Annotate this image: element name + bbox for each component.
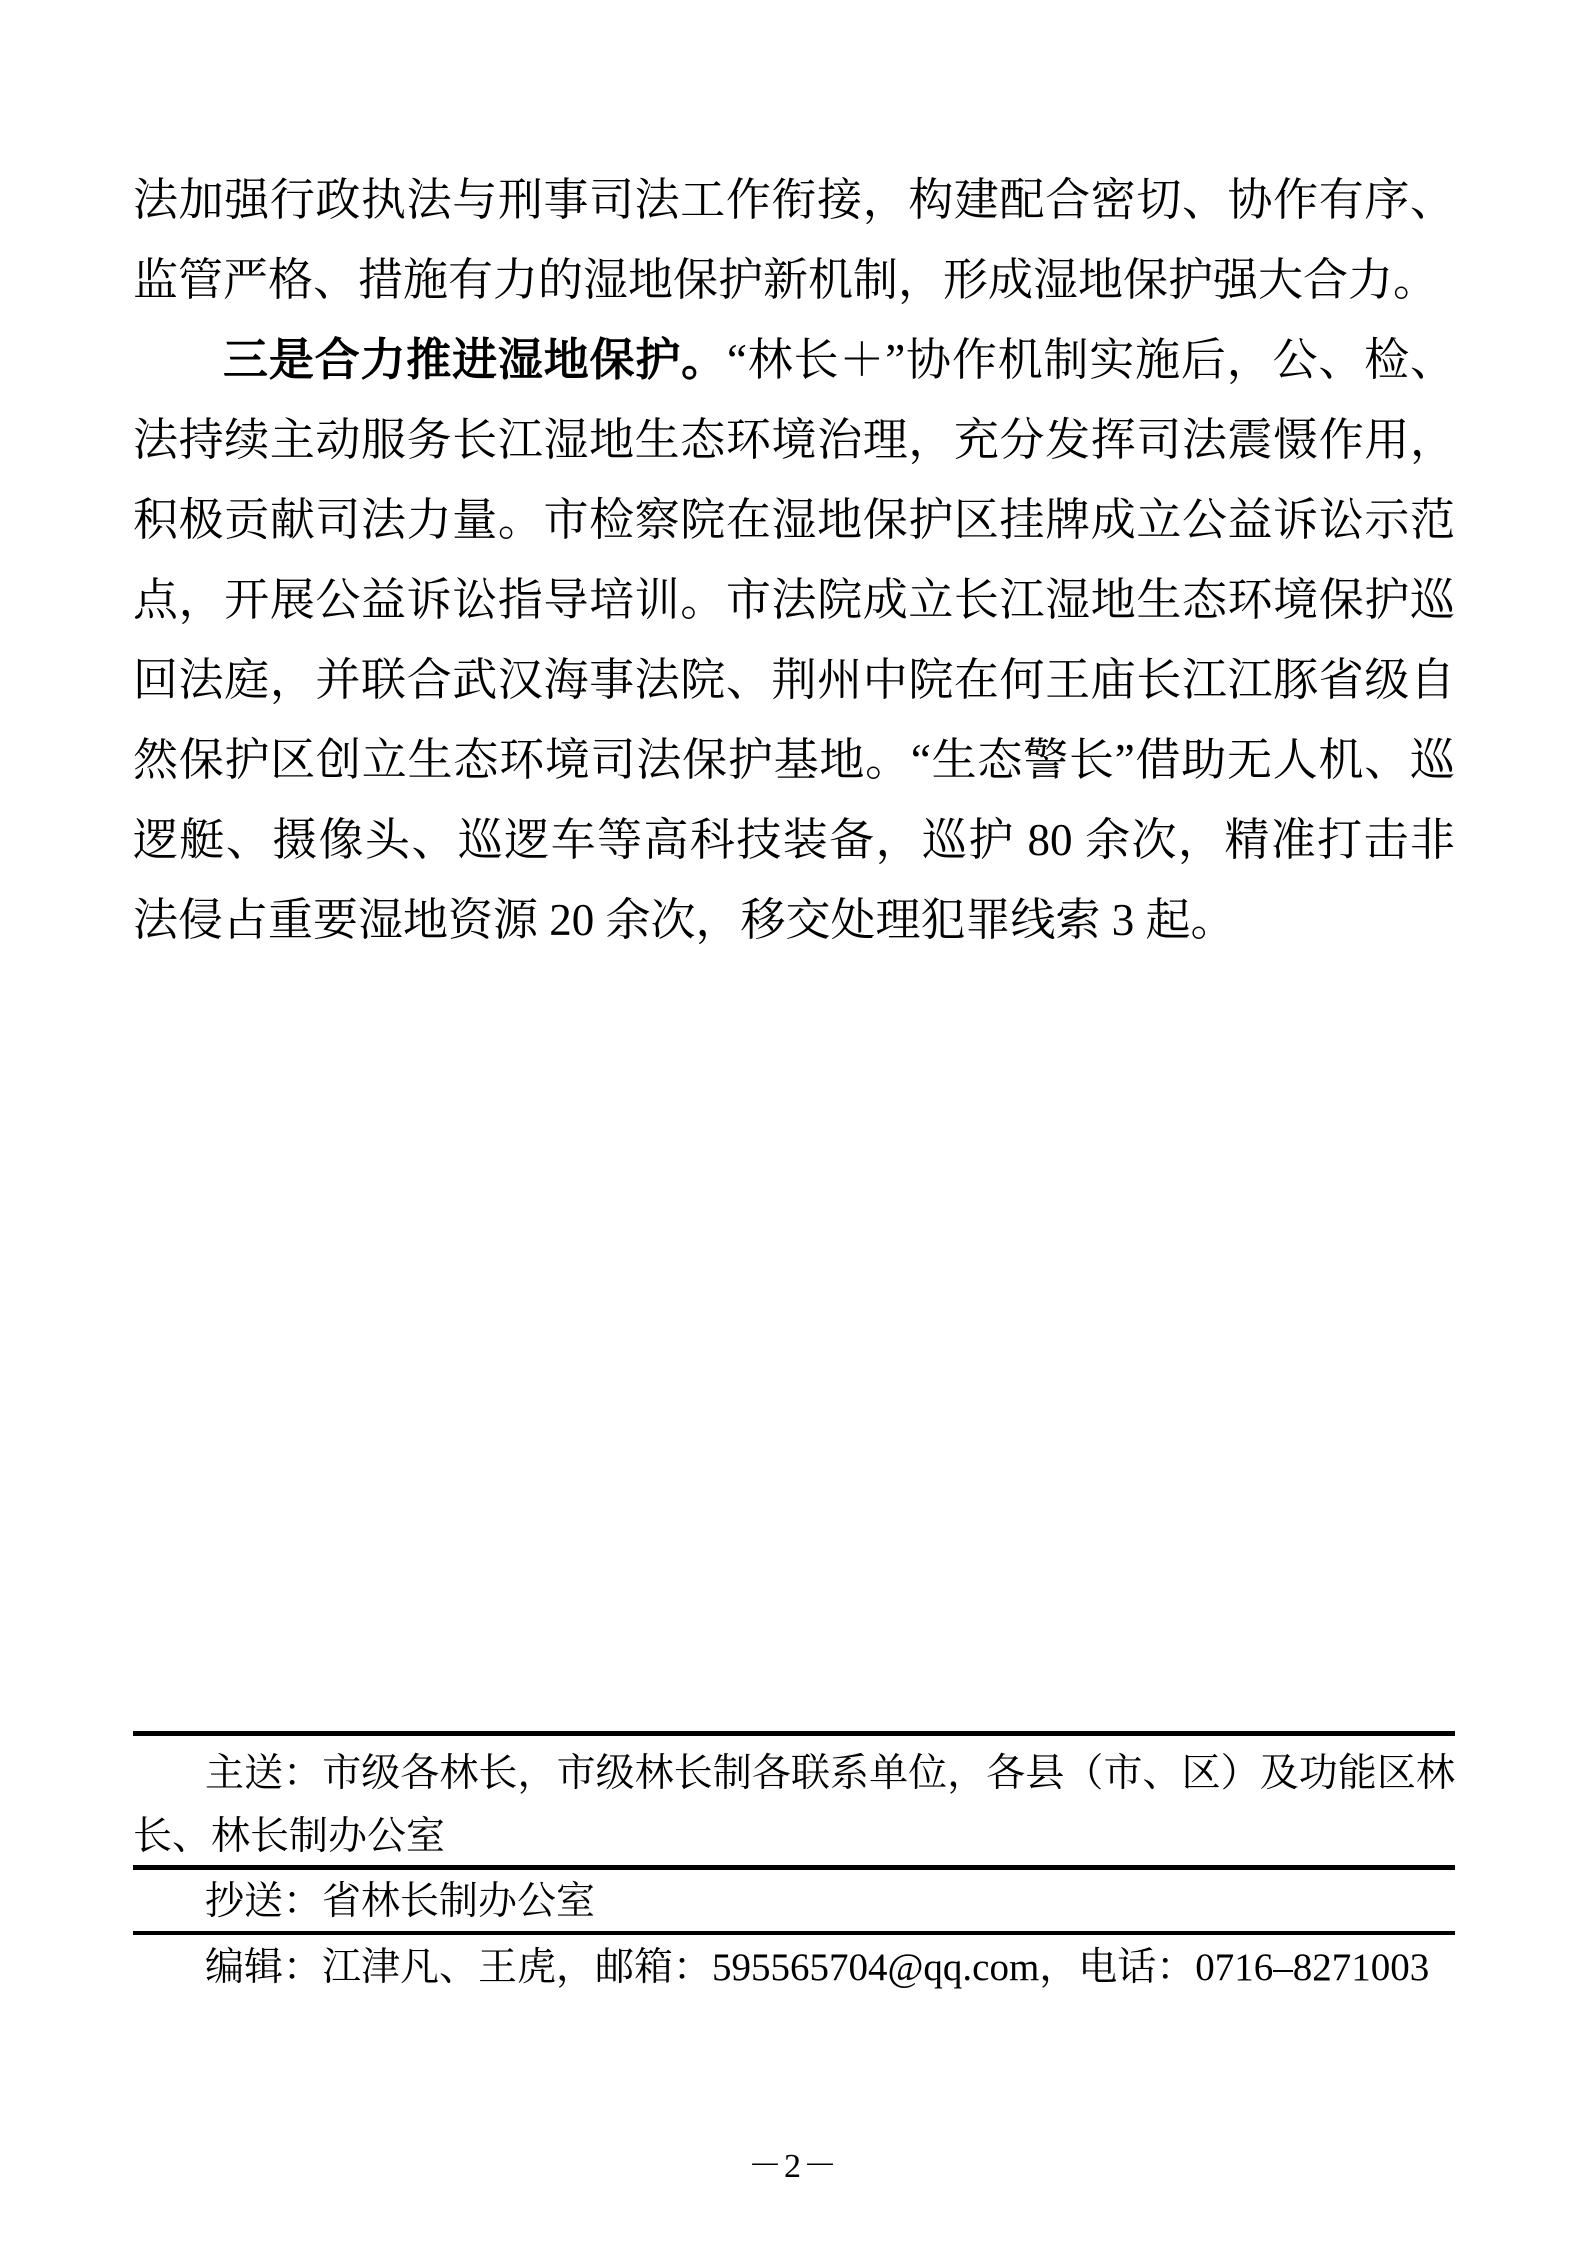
page-number: －2－ — [0, 2138, 1587, 2187]
footer-divider-top — [133, 1731, 1455, 1736]
section-body-text: “林长＋”协作机制实施后，公、检、法持续主动服务长江湿地生态环境治理，充分发挥司… — [133, 335, 1455, 945]
copy-to-line: 抄送：省林长制办公室 — [133, 1872, 1455, 1932]
footer-divider-bottom — [133, 1931, 1455, 1935]
main-recipients-line: 主送：市级各林长，市级林长制各联系单位，各县（市、区）及功能区林长、林长制办公室 — [133, 1742, 1455, 1868]
document-body: 法加强行政执法与刑事司法工作衔接，构建配合密切、协作有序、监管严格、措施有力的湿… — [133, 160, 1455, 960]
document-page: 法加强行政执法与刑事司法工作衔接，构建配合密切、协作有序、监管严格、措施有力的湿… — [0, 0, 1587, 2245]
editor-contact-line: 编辑：江津凡、王虎，邮箱：595565704@qq.com，电话：0716–82… — [133, 1938, 1455, 1998]
paragraph-continuation: 法加强行政执法与刑事司法工作衔接，构建配合密切、协作有序、监管严格、措施有力的湿… — [133, 160, 1455, 320]
paragraph-section-three: 三是合力推进湿地保护。“林长＋”协作机制实施后，公、检、法持续主动服务长江湿地生… — [133, 320, 1455, 960]
section-heading-bold: 三是合力推进湿地保护。 — [223, 333, 727, 386]
footer-divider-middle — [133, 1865, 1455, 1870]
